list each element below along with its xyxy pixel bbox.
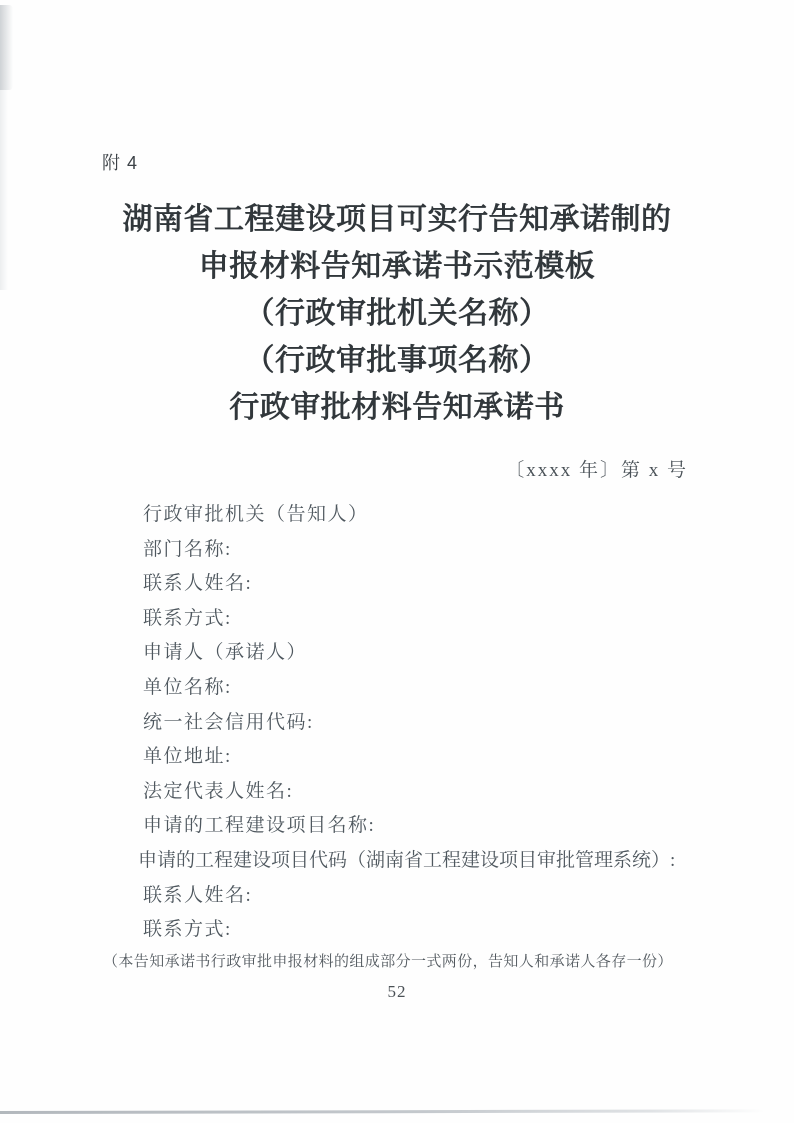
field-contact-person-name-informer: 联系人姓名:: [143, 567, 743, 602]
field-project-name: 申请的工程建设项目名称:: [143, 809, 743, 844]
scanned-document-page: 附 4 湖南省工程建设项目可实行告知承诺制的 申报材料告知承诺书示范模板 （行政…: [0, 0, 794, 1123]
field-unit-address: 单位地址:: [143, 740, 743, 775]
footnote: （本告知承诺书行政审批申报材料的组成部分一式两份，告知人和承诺人各存一份）: [103, 950, 703, 971]
title-line-agency-name: （行政审批机关名称）: [0, 290, 794, 337]
field-department-name: 部门名称:: [143, 533, 743, 568]
scan-edge-artifact-bottom: [0, 1109, 765, 1114]
document-title-block: 湖南省工程建设项目可实行告知承诺制的 申报材料告知承诺书示范模板 （行政审批机关…: [0, 196, 794, 431]
field-unit-name: 单位名称:: [143, 671, 743, 706]
title-line-item-name: （行政审批事项名称）: [0, 337, 794, 384]
document-number: 〔xxxx 年〕第 x 号: [0, 455, 794, 482]
field-contact-method-informer: 联系方式:: [143, 602, 743, 637]
scan-edge-artifact-left-top: [0, 5, 13, 90]
page-number: 52: [0, 982, 794, 1002]
field-contact-person-name-applicant: 联系人姓名:: [143, 879, 743, 914]
title-line-notice-letter: 行政审批材料告知承诺书: [0, 384, 794, 431]
field-unified-social-credit-code: 统一社会信用代码:: [143, 706, 743, 741]
form-fields-block: 行政审批机关（告知人） 部门名称: 联系人姓名: 联系方式: 申请人（承诺人） …: [143, 498, 743, 948]
field-approval-agency-informer: 行政审批机关（告知人）: [143, 498, 743, 533]
attachment-label: 附 4: [102, 149, 138, 175]
field-project-code: 申请的工程建设项目代码（湖南省工程建设项目审批管理系统）:: [138, 844, 743, 879]
title-line-2: 申报材料告知承诺书示范模板: [0, 243, 794, 290]
title-line-1: 湖南省工程建设项目可实行告知承诺制的: [0, 196, 794, 243]
field-applicant-promisor: 申请人（承诺人）: [143, 636, 743, 671]
field-legal-representative-name: 法定代表人姓名:: [143, 775, 743, 810]
field-contact-method-applicant: 联系方式:: [143, 913, 743, 948]
